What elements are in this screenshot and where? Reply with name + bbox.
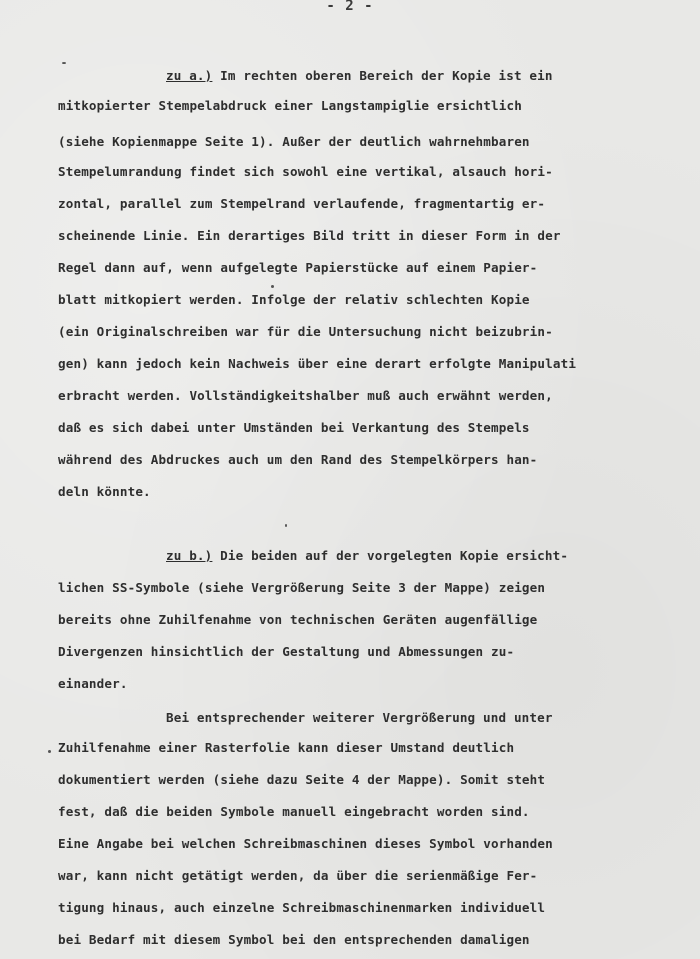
text-line: war, kann nicht getätigt werden, da über… [58, 868, 537, 883]
text-line: (ein Originalschreiben war für die Unter… [58, 324, 553, 339]
section-b-first-line: zu b.) Die beiden auf der vorgelegten Ko… [166, 548, 568, 563]
text-line: mitkopierter Stempelabdruck einer Langst… [58, 98, 522, 113]
text-line: dokumentiert werden (siehe dazu Seite 4 … [58, 772, 545, 787]
margin-dot [48, 750, 51, 753]
section-b-first-line-text: Die beiden auf der vorgelegten Kopie ers… [212, 548, 568, 563]
text-line: bei Bedarf mit diesem Symbol bei den ent… [58, 932, 530, 947]
section-b-label: zu b.) [166, 548, 212, 563]
section-a-first-line: zu a.) Im rechten oberen Bereich der Kop… [166, 68, 553, 83]
paragraph-c-first-line: Bei entsprechender weiterer Vergrößerung… [166, 710, 553, 725]
document-page: - 2 - zu a.) Im rechten oberen Bereich d… [0, 0, 700, 959]
text-line: tigung hinaus, auch einzelne Schreibmasc… [58, 900, 545, 915]
text-line: erbracht werden. Vollständigkeitshalber … [58, 388, 553, 403]
text-line: zontal, parallel zum Stempelrand verlauf… [58, 196, 545, 211]
text-line: Regel dann auf, wenn aufgelegte Papierst… [58, 260, 537, 275]
section-a-label: zu a.) [166, 68, 212, 83]
page-number: - 2 - [0, 0, 700, 14]
scan-speck [271, 285, 274, 288]
text-line: bereits ohne Zuhilfenahme von technische… [58, 612, 537, 627]
text-line: fest, daß die beiden Symbole manuell ein… [58, 804, 530, 819]
text-line: gen) kann jedoch kein Nachweis über eine… [58, 356, 576, 371]
text-line: während des Abdruckes auch um den Rand d… [58, 452, 537, 467]
scan-speck [62, 62, 66, 64]
scan-speck [285, 524, 287, 527]
text-line: daß es sich dabei unter Umständen bei Ve… [58, 420, 530, 435]
text-line: scheinende Linie. Ein derartiges Bild tr… [58, 228, 561, 243]
text-line: einander. [58, 676, 128, 691]
text-line: lichen SS-Symbole (siehe Vergrößerung Se… [58, 580, 545, 595]
text-line: blatt mitkopiert werden. Infolge der rel… [58, 292, 530, 307]
text-line: Divergenzen hinsichtlich der Gestaltung … [58, 644, 514, 659]
text-line: Eine Angabe bei welchen Schreibmaschinen… [58, 836, 553, 851]
text-line: Stempelumrandung findet sich sowohl eine… [58, 164, 553, 179]
text-line: Zuhilfenahme einer Rasterfolie kann dies… [58, 740, 514, 755]
section-a-first-line-text: Im rechten oberen Bereich der Kopie ist … [212, 68, 552, 83]
text-line: deln könnte. [58, 484, 151, 499]
text-line: (siehe Kopienmappe Seite 1). Außer der d… [58, 134, 530, 149]
